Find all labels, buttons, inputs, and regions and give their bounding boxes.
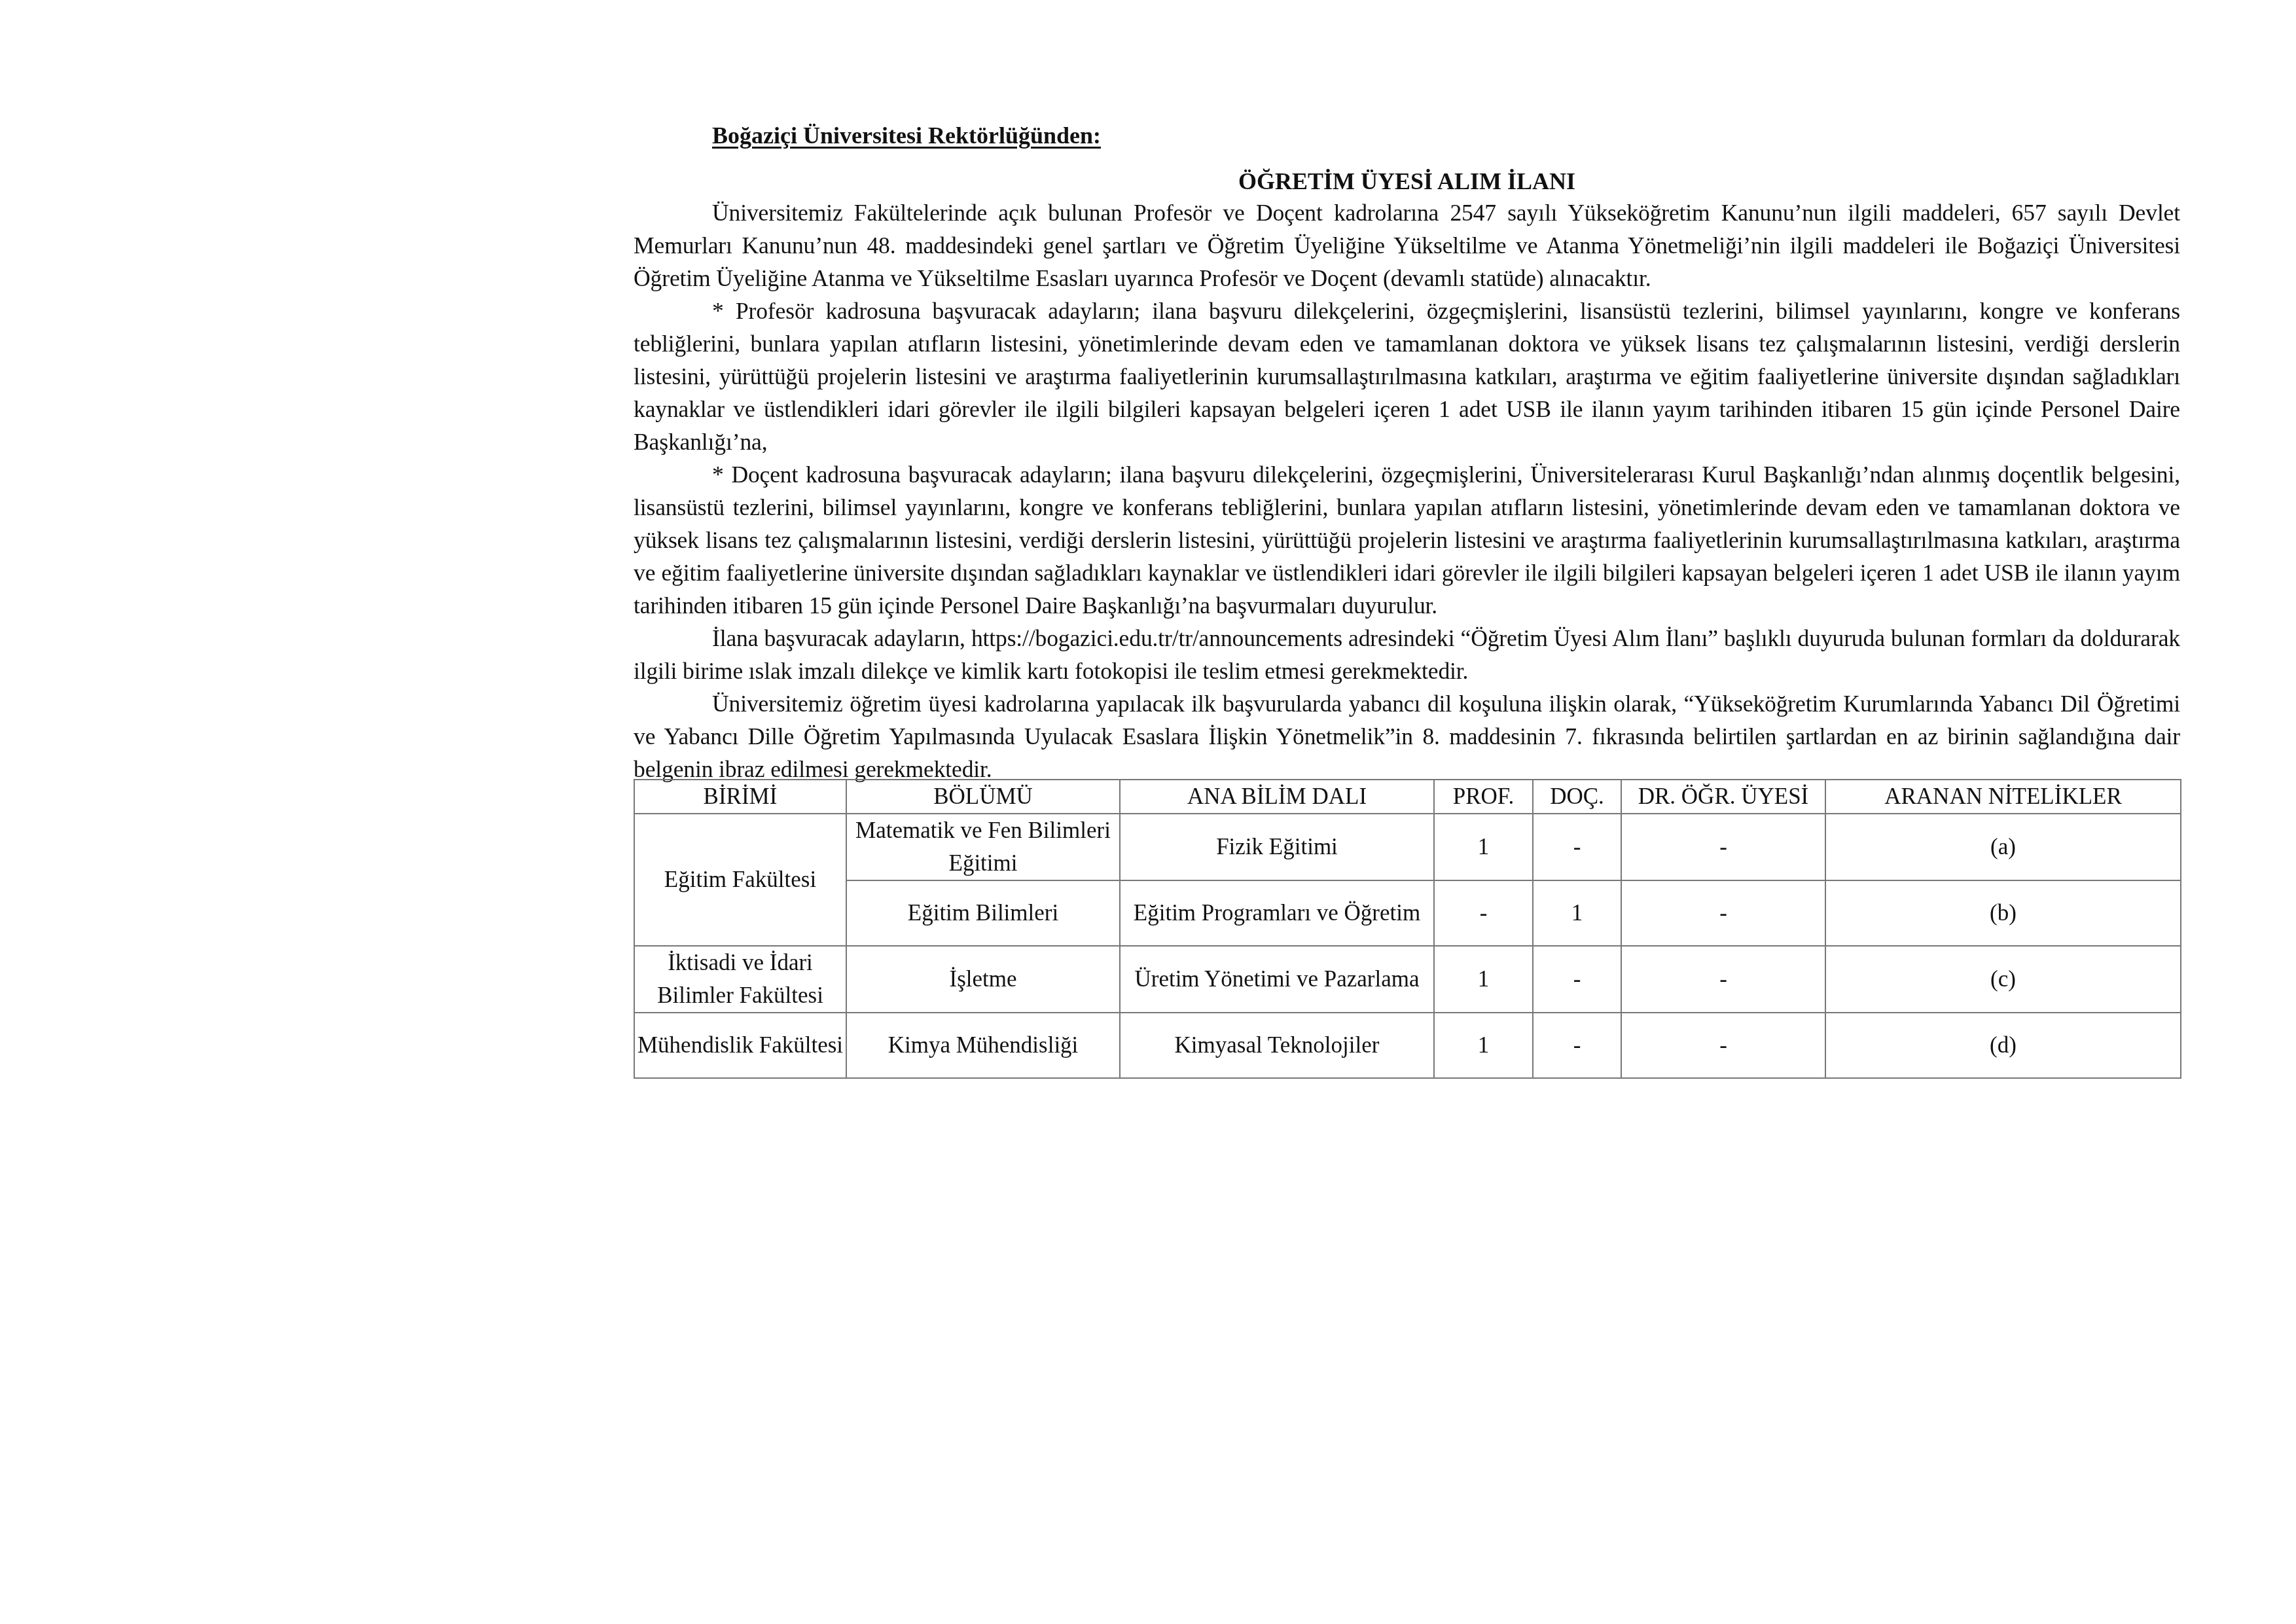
paragraph-intro: Üniversitemiz Fakültelerinde açık buluna…	[634, 196, 2180, 295]
table-row: Eğitim Bilimleri Eğitim Programları ve Ö…	[634, 880, 2181, 946]
header-department: BÖLÜMÜ	[846, 780, 1120, 814]
professor-count-cell: 1	[1434, 946, 1533, 1013]
associate-professor-count-cell: -	[1533, 814, 1621, 880]
division-cell: Üretim Yönetimi ve Pazarlama	[1120, 946, 1434, 1013]
header-professor: PROF.	[1434, 780, 1533, 814]
header-qualifications: ARANAN NİTELİKLER	[1825, 780, 2181, 814]
professor-count-cell: 1	[1434, 1013, 1533, 1078]
paragraph-application-forms: İlana başvuracak adayların, https://boga…	[634, 622, 2180, 687]
announcement-body: Üniversitemiz Fakültelerinde açık buluna…	[634, 196, 2180, 785]
qualification-cell: (c)	[1825, 946, 2181, 1013]
header-assistant-professor: DR. ÖĞR. ÜYESİ	[1621, 780, 1825, 814]
unit-cell: Mühendislik Fakültesi	[634, 1013, 846, 1078]
table-row: Mühendislik Fakültesi Kimya Mühendisliği…	[634, 1013, 2181, 1078]
division-cell: Kimyasal Teknolojiler	[1120, 1013, 1434, 1078]
division-cell: Fizik Eğitimi	[1120, 814, 1434, 880]
assistant-professor-count-cell: -	[1621, 880, 1825, 946]
announcement-title: ÖĞRETİM ÜYESİ ALIM İLANI	[634, 165, 2180, 198]
qualification-cell: (a)	[1825, 814, 2181, 880]
associate-professor-count-cell: -	[1533, 1013, 1621, 1078]
paragraph-professor-requirements: * Profesör kadrosuna başvuracak adayları…	[634, 295, 2180, 458]
table-row: Eğitim Fakültesi Matematik ve Fen Biliml…	[634, 814, 2181, 880]
qualification-cell: (b)	[1825, 880, 2181, 946]
unit-cell: Eğitim Fakültesi	[634, 814, 846, 946]
header-associate-professor: DOÇ.	[1533, 780, 1621, 814]
assistant-professor-count-cell: -	[1621, 1013, 1825, 1078]
department-cell: Kimya Mühendisliği	[846, 1013, 1120, 1078]
assistant-professor-count-cell: -	[1621, 814, 1825, 880]
issuer-heading: Boğaziçi Üniversitesi Rektörlüğünden:	[712, 119, 1101, 152]
positions-table-container: BİRİMİ BÖLÜMÜ ANA BİLİM DALI PROF. DOÇ. …	[634, 779, 2181, 1079]
professor-count-cell: 1	[1434, 814, 1533, 880]
division-cell: Eğitim Programları ve Öğretim	[1120, 880, 1434, 946]
table-header-row: BİRİMİ BÖLÜMÜ ANA BİLİM DALI PROF. DOÇ. …	[634, 780, 2181, 814]
department-cell: Eğitim Bilimleri	[846, 880, 1120, 946]
department-cell: İşletme	[846, 946, 1120, 1013]
associate-professor-count-cell: 1	[1533, 880, 1621, 946]
positions-table: BİRİMİ BÖLÜMÜ ANA BİLİM DALI PROF. DOÇ. …	[634, 779, 2181, 1079]
professor-count-cell: -	[1434, 880, 1533, 946]
paragraph-language-requirement: Üniversitemiz öğretim üyesi kadrolarına …	[634, 687, 2180, 785]
unit-cell: İktisadi ve İdari Bilimler Fakültesi	[634, 946, 846, 1013]
paragraph-associate-professor-requirements: * Doçent kadrosuna başvuracak adayların;…	[634, 458, 2180, 622]
assistant-professor-count-cell: -	[1621, 946, 1825, 1013]
header-division: ANA BİLİM DALI	[1120, 780, 1434, 814]
department-cell: Matematik ve Fen Bilimleri Eğitimi	[846, 814, 1120, 880]
qualification-cell: (d)	[1825, 1013, 2181, 1078]
table-row: İktisadi ve İdari Bilimler Fakültesi İşl…	[634, 946, 2181, 1013]
associate-professor-count-cell: -	[1533, 946, 1621, 1013]
header-unit: BİRİMİ	[634, 780, 846, 814]
